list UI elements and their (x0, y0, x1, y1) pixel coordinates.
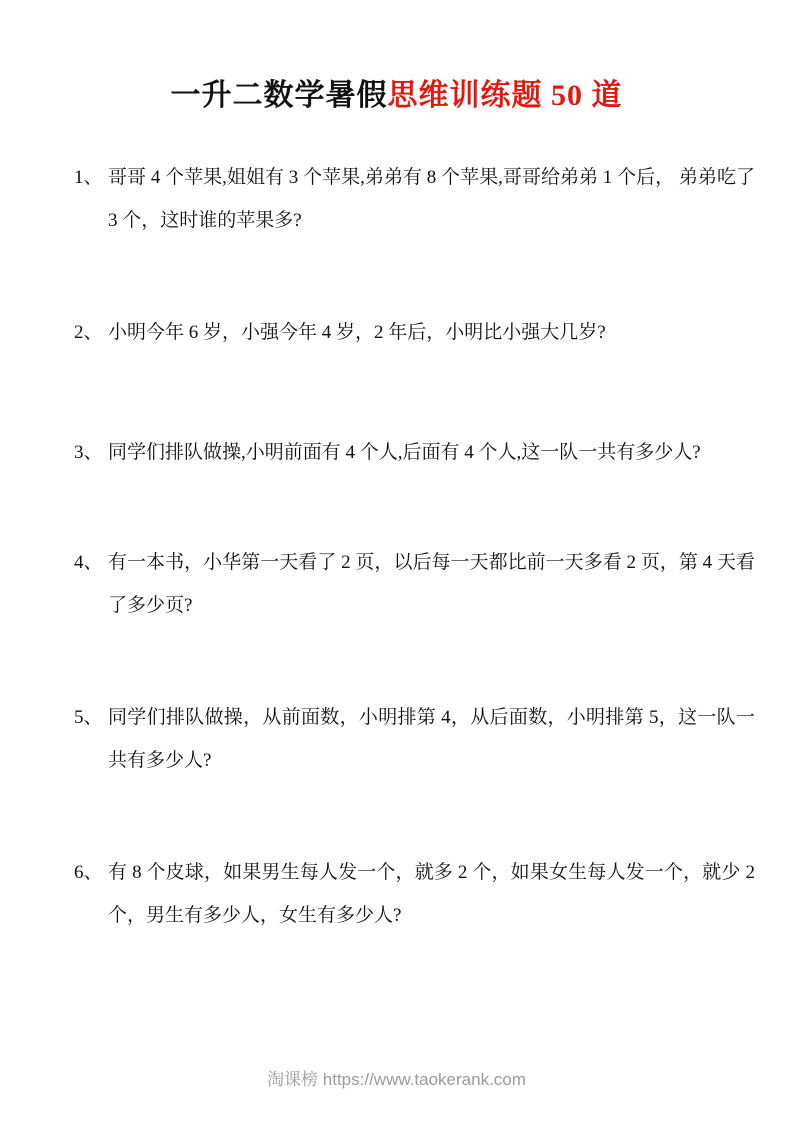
question-number: 5、 (74, 696, 108, 739)
question-text: 有一本书，小华第一天看了 2 页，以后每一天都比前一天多看 2 页，第 4 天看… (108, 541, 755, 627)
question-text: 哥哥 4 个苹果,姐姐有 3 个苹果,弟弟有 8 个苹果,哥哥给弟弟 1 个后，… (108, 156, 755, 242)
question-list: 1、 哥哥 4 个苹果,姐姐有 3 个苹果,弟弟有 8 个苹果,哥哥给弟弟 1 … (0, 156, 793, 937)
question-number: 1、 (74, 156, 108, 199)
question-text: 同学们排队做操,小明前面有 4 个人,后面有 4 个人,这一队一共有多少人? (108, 431, 755, 474)
question-item-5: 5、 同学们排队做操，从前面数，小明排第 4，从后面数，小明排第 5，这一队一共… (74, 696, 755, 782)
question-item-6: 6、 有 8 个皮球，如果男生每人发一个，就多 2 个，如果女生每人发一个，就少… (74, 851, 755, 937)
question-item-1: 1、 哥哥 4 个苹果,姐姐有 3 个苹果,弟弟有 8 个苹果,哥哥给弟弟 1 … (74, 156, 755, 242)
question-text: 有 8 个皮球，如果男生每人发一个，就多 2 个，如果女生每人发一个，就少 2 … (108, 851, 755, 937)
question-number: 4、 (74, 541, 108, 584)
question-text: 小明今年 6 岁，小强今年 4 岁，2 年后，小明比小强大几岁? (108, 311, 755, 354)
question-item-2: 2、 小明今年 6 岁，小强今年 4 岁，2 年后，小明比小强大几岁? (74, 311, 755, 354)
footer-watermark: 淘课榜 https://www.taokerank.com (0, 1070, 793, 1090)
question-number: 6、 (74, 851, 108, 894)
page-title-red-part: 思维训练题 50 道 (388, 79, 623, 112)
page-title: 一升二数学暑假思维训练题 50 道 (0, 78, 793, 114)
question-number: 2、 (74, 311, 108, 354)
worksheet-page: 一升二数学暑假思维训练题 50 道 1、 哥哥 4 个苹果,姐姐有 3 个苹果,… (0, 0, 793, 1122)
question-item-3: 3、 同学们排队做操,小明前面有 4 个人,后面有 4 个人,这一队一共有多少人… (74, 431, 755, 474)
question-text: 同学们排队做操，从前面数，小明排第 4，从后面数，小明排第 5，这一队一共有多少… (108, 696, 755, 782)
question-number: 3、 (74, 431, 108, 474)
question-item-4: 4、 有一本书，小华第一天看了 2 页，以后每一天都比前一天多看 2 页，第 4… (74, 541, 755, 627)
page-title-black-part: 一升二数学暑假 (171, 79, 388, 112)
